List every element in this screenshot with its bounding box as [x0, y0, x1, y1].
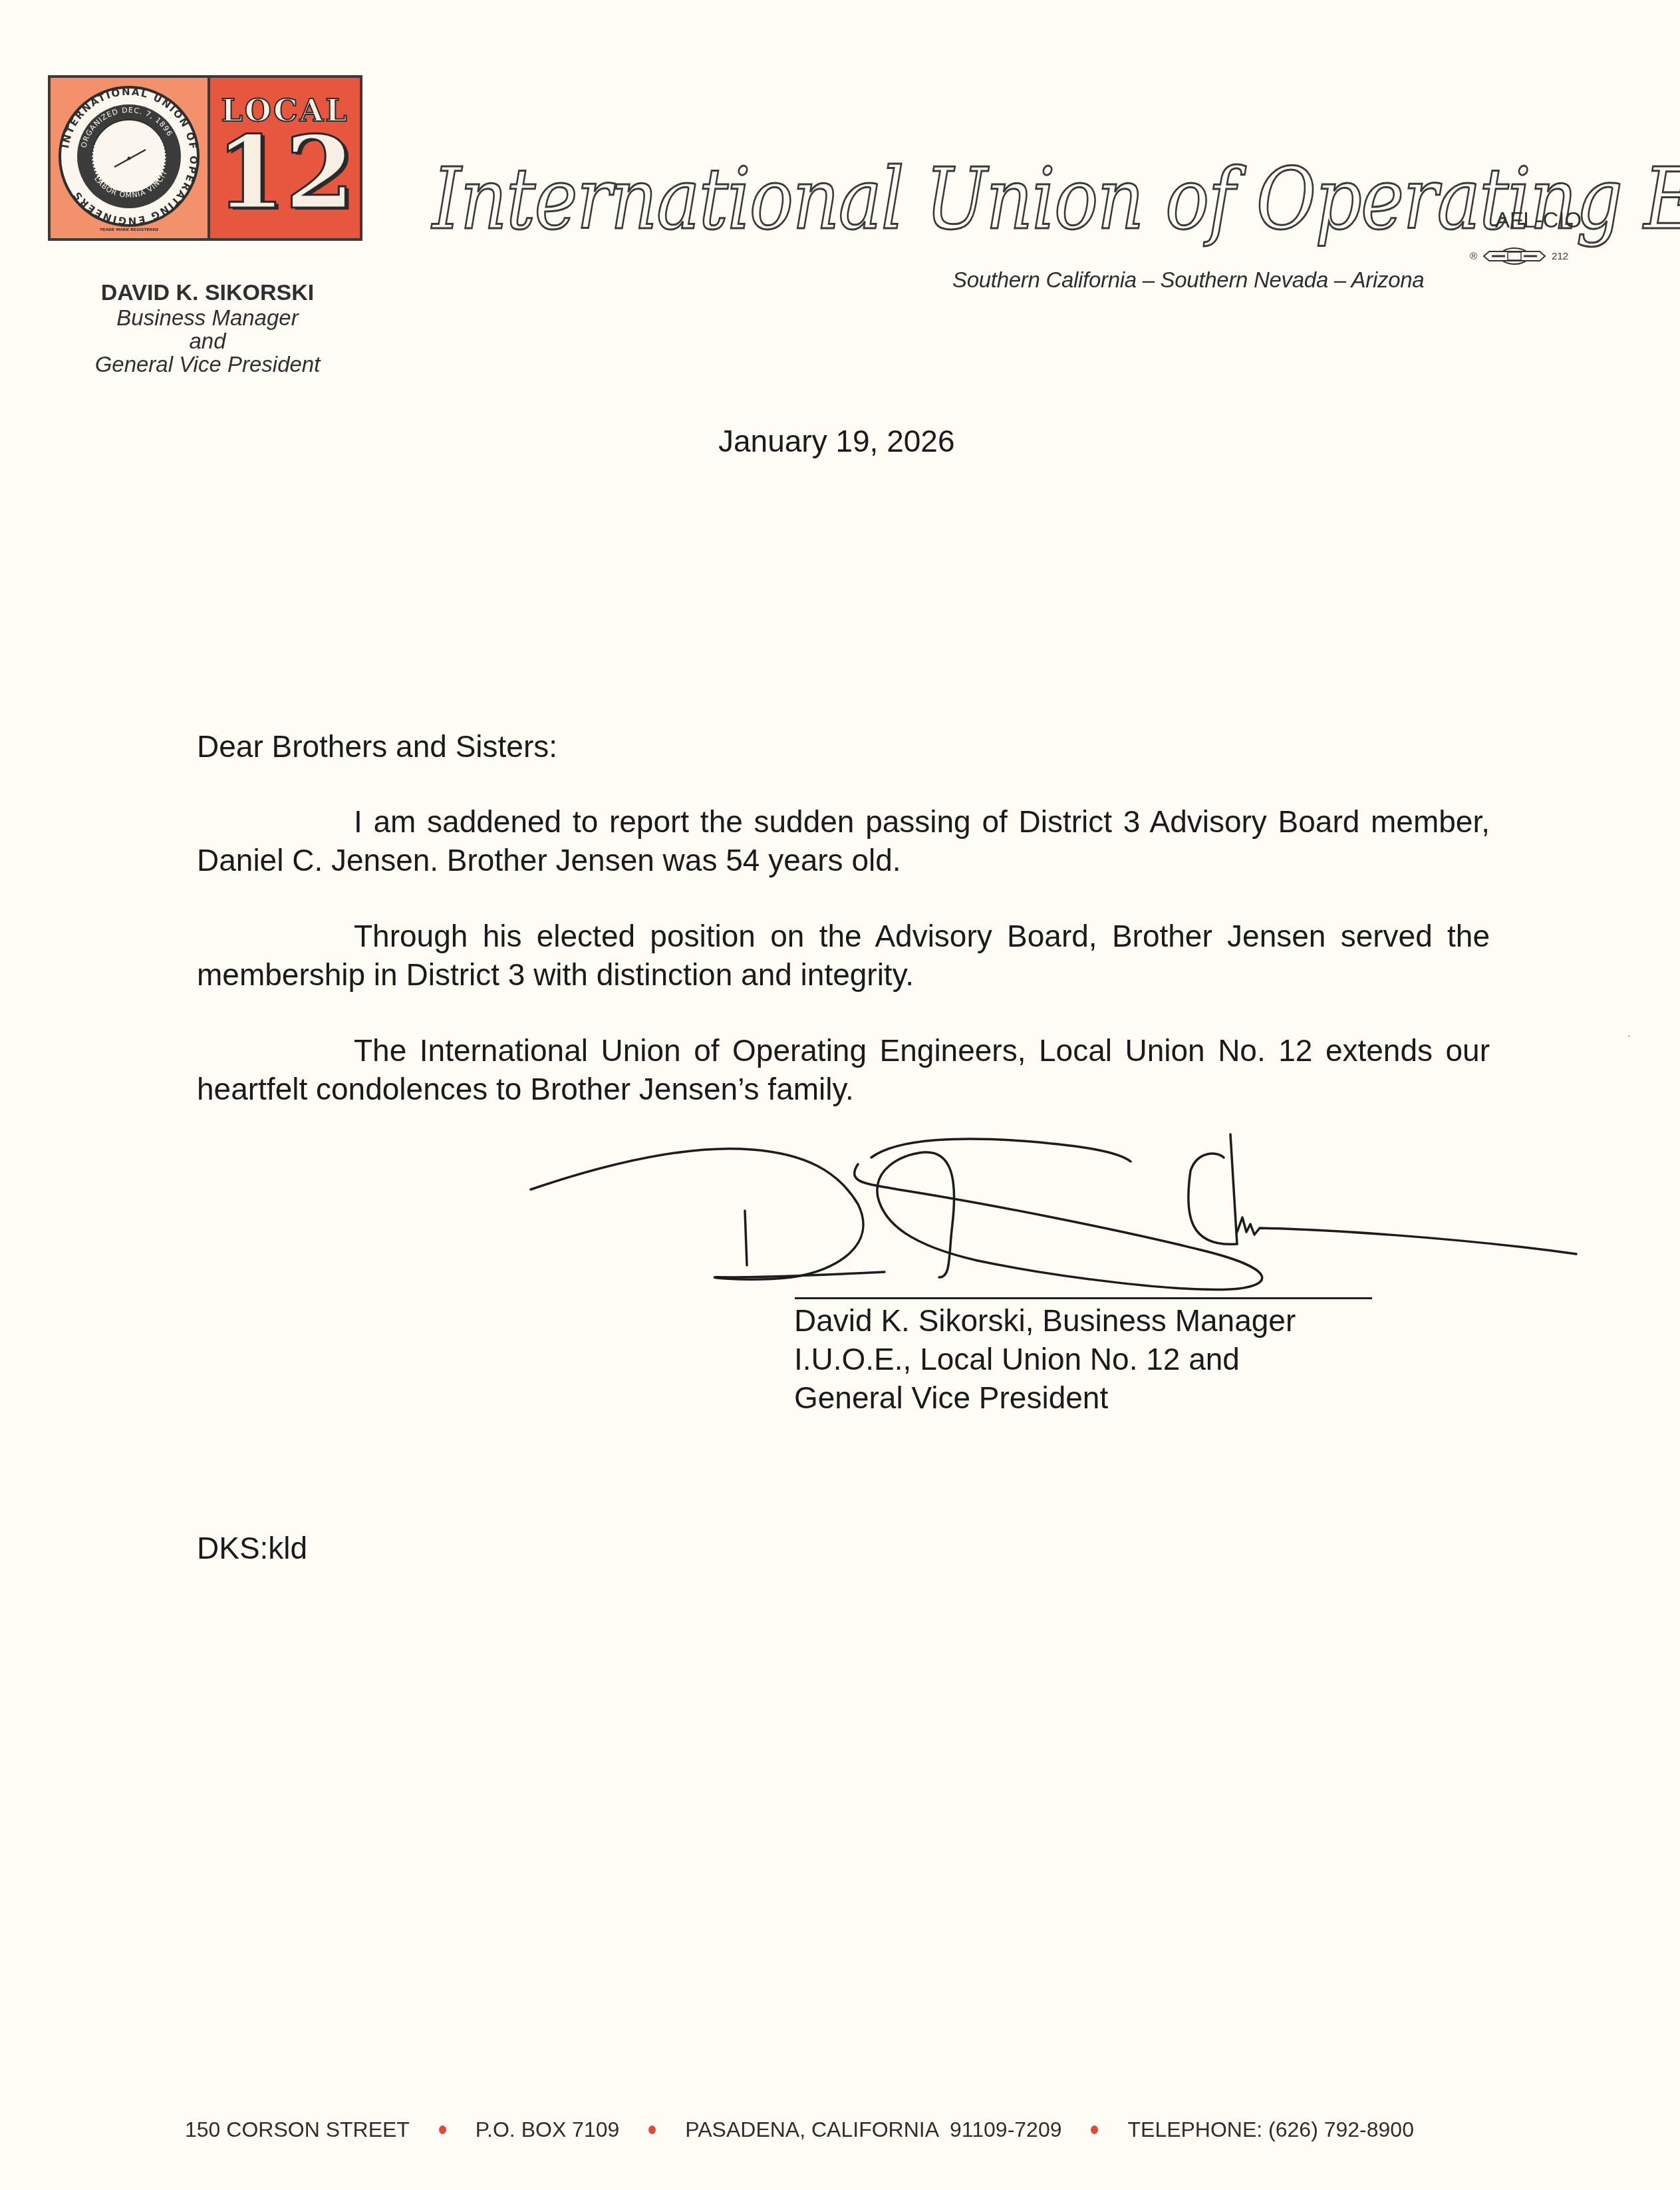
reference-initials: DKS:kld	[197, 1530, 307, 1566]
footer-street-address: 150 CORSON STREET	[185, 2117, 410, 2142]
bullet-icon	[439, 2125, 446, 2134]
signer-name-title: David K. Sikorski, Business Manager	[794, 1301, 1296, 1340]
union-bug: ® 212	[1470, 247, 1568, 265]
letter-date: January 19, 2026	[718, 423, 955, 459]
union-bug-icon	[1481, 247, 1548, 265]
iuoe-seal-icon: INTERNATIONAL UNION OF OPERATING ENGINEE…	[56, 82, 202, 236]
local-number: 12	[210, 123, 360, 223]
bullet-icon	[1091, 2125, 1098, 2134]
paragraph-1: I am saddened to report the sudden passi…	[197, 802, 1490, 879]
bullet-icon	[648, 2125, 656, 2134]
officer-title-line3: General Vice President	[48, 353, 367, 376]
local-12-logo: INTERNATIONAL UNION OF OPERATING ENGINEE…	[48, 75, 362, 241]
iuoe-seal-panel: INTERNATIONAL UNION OF OPERATING ENGINEE…	[51, 78, 210, 238]
officer-block: DAVID K. SIKORSKI Business Manager and G…	[48, 279, 367, 376]
officer-title-line1: Business Manager	[48, 306, 367, 329]
signature-block: David K. Sikorski, Business Manager I.U.…	[794, 1301, 1296, 1417]
union-bug-number: 212	[1552, 251, 1568, 262]
officer-name: DAVID K. SIKORSKI	[48, 279, 367, 306]
paragraph-3: The International Union of Operating Eng…	[197, 1031, 1490, 1108]
affiliation-label: AFL-CIO	[1495, 208, 1582, 233]
footer-telephone: TELEPHONE: (626) 792-8900	[1127, 2117, 1413, 2142]
organization-name: International Union of Operating Enginee…	[432, 140, 1680, 259]
officer-title-line2: and	[48, 329, 367, 353]
handwritten-signature	[525, 1118, 1590, 1304]
salutation: Dear Brothers and Sisters:	[197, 728, 557, 764]
svg-text:TRADE MARK REGISTERED: TRADE MARK REGISTERED	[100, 228, 159, 232]
footer-po-box: P.O. BOX 7109	[476, 2117, 619, 2142]
letterhead-footer: 150 CORSON STREET P.O. BOX 7109 PASADENA…	[185, 2117, 1414, 2142]
footer-city-state-zip: PASADENA, CALIFORNIA 91109-7209	[685, 2117, 1061, 2142]
signature-line	[795, 1297, 1372, 1299]
signer-organization: I.U.O.E., Local Union No. 12 and	[794, 1340, 1296, 1378]
paragraph-2: Through his elected position on the Advi…	[197, 917, 1490, 994]
scan-speck	[1628, 1035, 1630, 1037]
local-12-panel: LOCAL 12	[210, 78, 360, 238]
signer-second-title: General Vice President	[794, 1378, 1296, 1417]
registered-mark: ®	[1470, 251, 1477, 262]
region-subtitle: Southern California – Southern Nevada – …	[952, 267, 1424, 293]
